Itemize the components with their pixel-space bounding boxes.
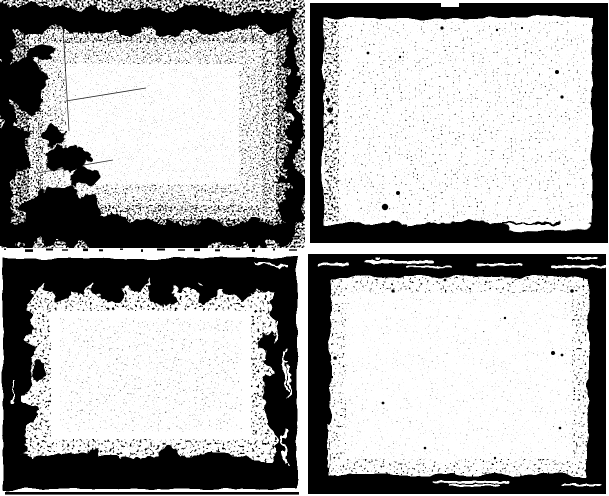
interior-dust [45, 42, 260, 206]
grunge-frames-sheet [0, 0, 609, 496]
grunge-frame-top-left [0, 0, 305, 248]
frame-art-ink-blot [0, 248, 305, 496]
interior-speckle [60, 318, 242, 432]
grunge-frame-top-right [305, 0, 609, 248]
top-edge-nick [441, 3, 459, 7]
grunge-frame-bottom-left [0, 248, 305, 496]
frame-art-solid-border [305, 0, 609, 248]
bottom-rule [5, 492, 299, 495]
interior-speckle [327, 21, 589, 221]
grunge-frame-bottom-right [305, 248, 609, 496]
frame-art-brush-scratch [305, 248, 609, 496]
interior-speckle [345, 292, 573, 460]
frame-art-speckled-dust [0, 0, 305, 248]
